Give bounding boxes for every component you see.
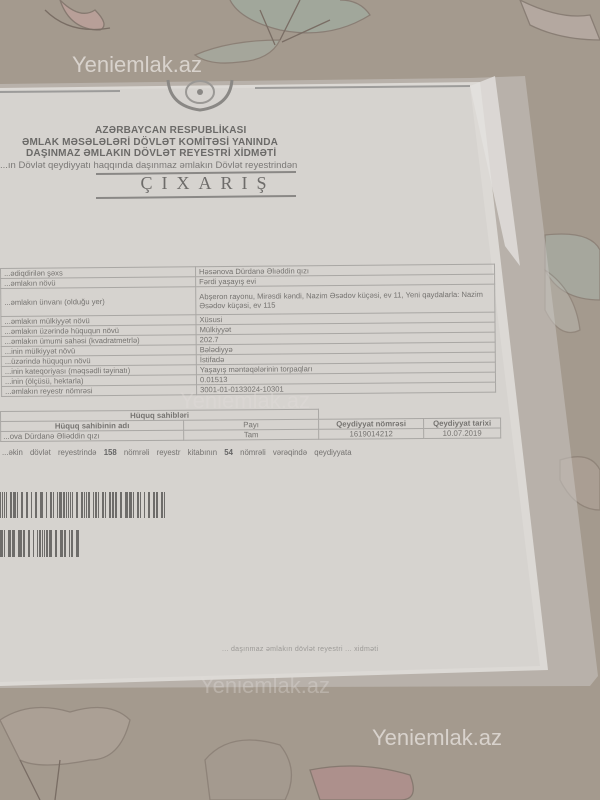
field-value: Abşeron rayonu, Mirəsdi kəndi, Nazim Əsə… xyxy=(196,284,495,315)
barcode-bottom xyxy=(0,530,82,557)
registry-book-number: 158 xyxy=(104,448,117,457)
owner-reg-number: 1619014212 xyxy=(319,429,424,440)
property-details-table: ...ədiqdirilən şəxsHəsənova Dürdanə Əlıə… xyxy=(0,264,496,397)
watermark-top: Yeniemlak.az xyxy=(72,52,202,78)
header-service: DAŞINMAZ ƏMLAKIN DÖVLƏT REYESTRİ XİDMƏTİ xyxy=(26,148,276,159)
header-subtitle: ...ın Dövlət qeydiyyatı haqqında daşınma… xyxy=(0,160,297,171)
watermark-middle: Yeniemlak.az xyxy=(200,673,330,699)
owner-name: ...ova Dürdanə Əliəddin qızı xyxy=(1,430,184,441)
col-reg-date: Qeydiyyat tarixi xyxy=(424,418,501,429)
registry-note-middle: nömrəli reyestr kitabının xyxy=(124,448,217,457)
header-committee: ƏMLAK MƏSƏLƏLƏRİ DÖVLƏT KOMİTƏSİ YANINDA xyxy=(22,137,278,148)
state-emblem-icon xyxy=(160,76,240,118)
registry-page-number: 54 xyxy=(224,448,233,457)
barcode-top xyxy=(0,492,168,518)
field-label: ...əmlakın ünvanı (olduğu yer) xyxy=(1,287,196,317)
field-label: ...əmlakın reyestr nömrəsi xyxy=(2,385,197,397)
footer-text: ... daşınmaz əmlakın dövlət reyestri ...… xyxy=(222,646,378,653)
registry-note-prefix: ...əkin dövlət reyestrində xyxy=(2,448,97,457)
document-title: ÇIXARIŞ xyxy=(118,173,298,194)
registry-note: ...əkin dövlət reyestrində 158 nömrəli r… xyxy=(2,448,352,457)
watermark-bottom: Yeniemlak.az xyxy=(372,725,502,751)
owner-share: Tam xyxy=(184,429,319,440)
registry-note-suffix: nömrəli vərəqində qeydiyyata xyxy=(240,448,351,457)
header-republic: AZƏRBAYCAN RESPUBLİKASI xyxy=(95,125,247,136)
owner-reg-date: 10.07.2019 xyxy=(424,428,501,439)
table-row: ...əmlakın ünvanı (olduğu yer)Abşeron ra… xyxy=(1,284,495,316)
title-rule-bottom xyxy=(96,195,296,199)
watermark-table: Yeniemlak.az xyxy=(180,388,310,414)
